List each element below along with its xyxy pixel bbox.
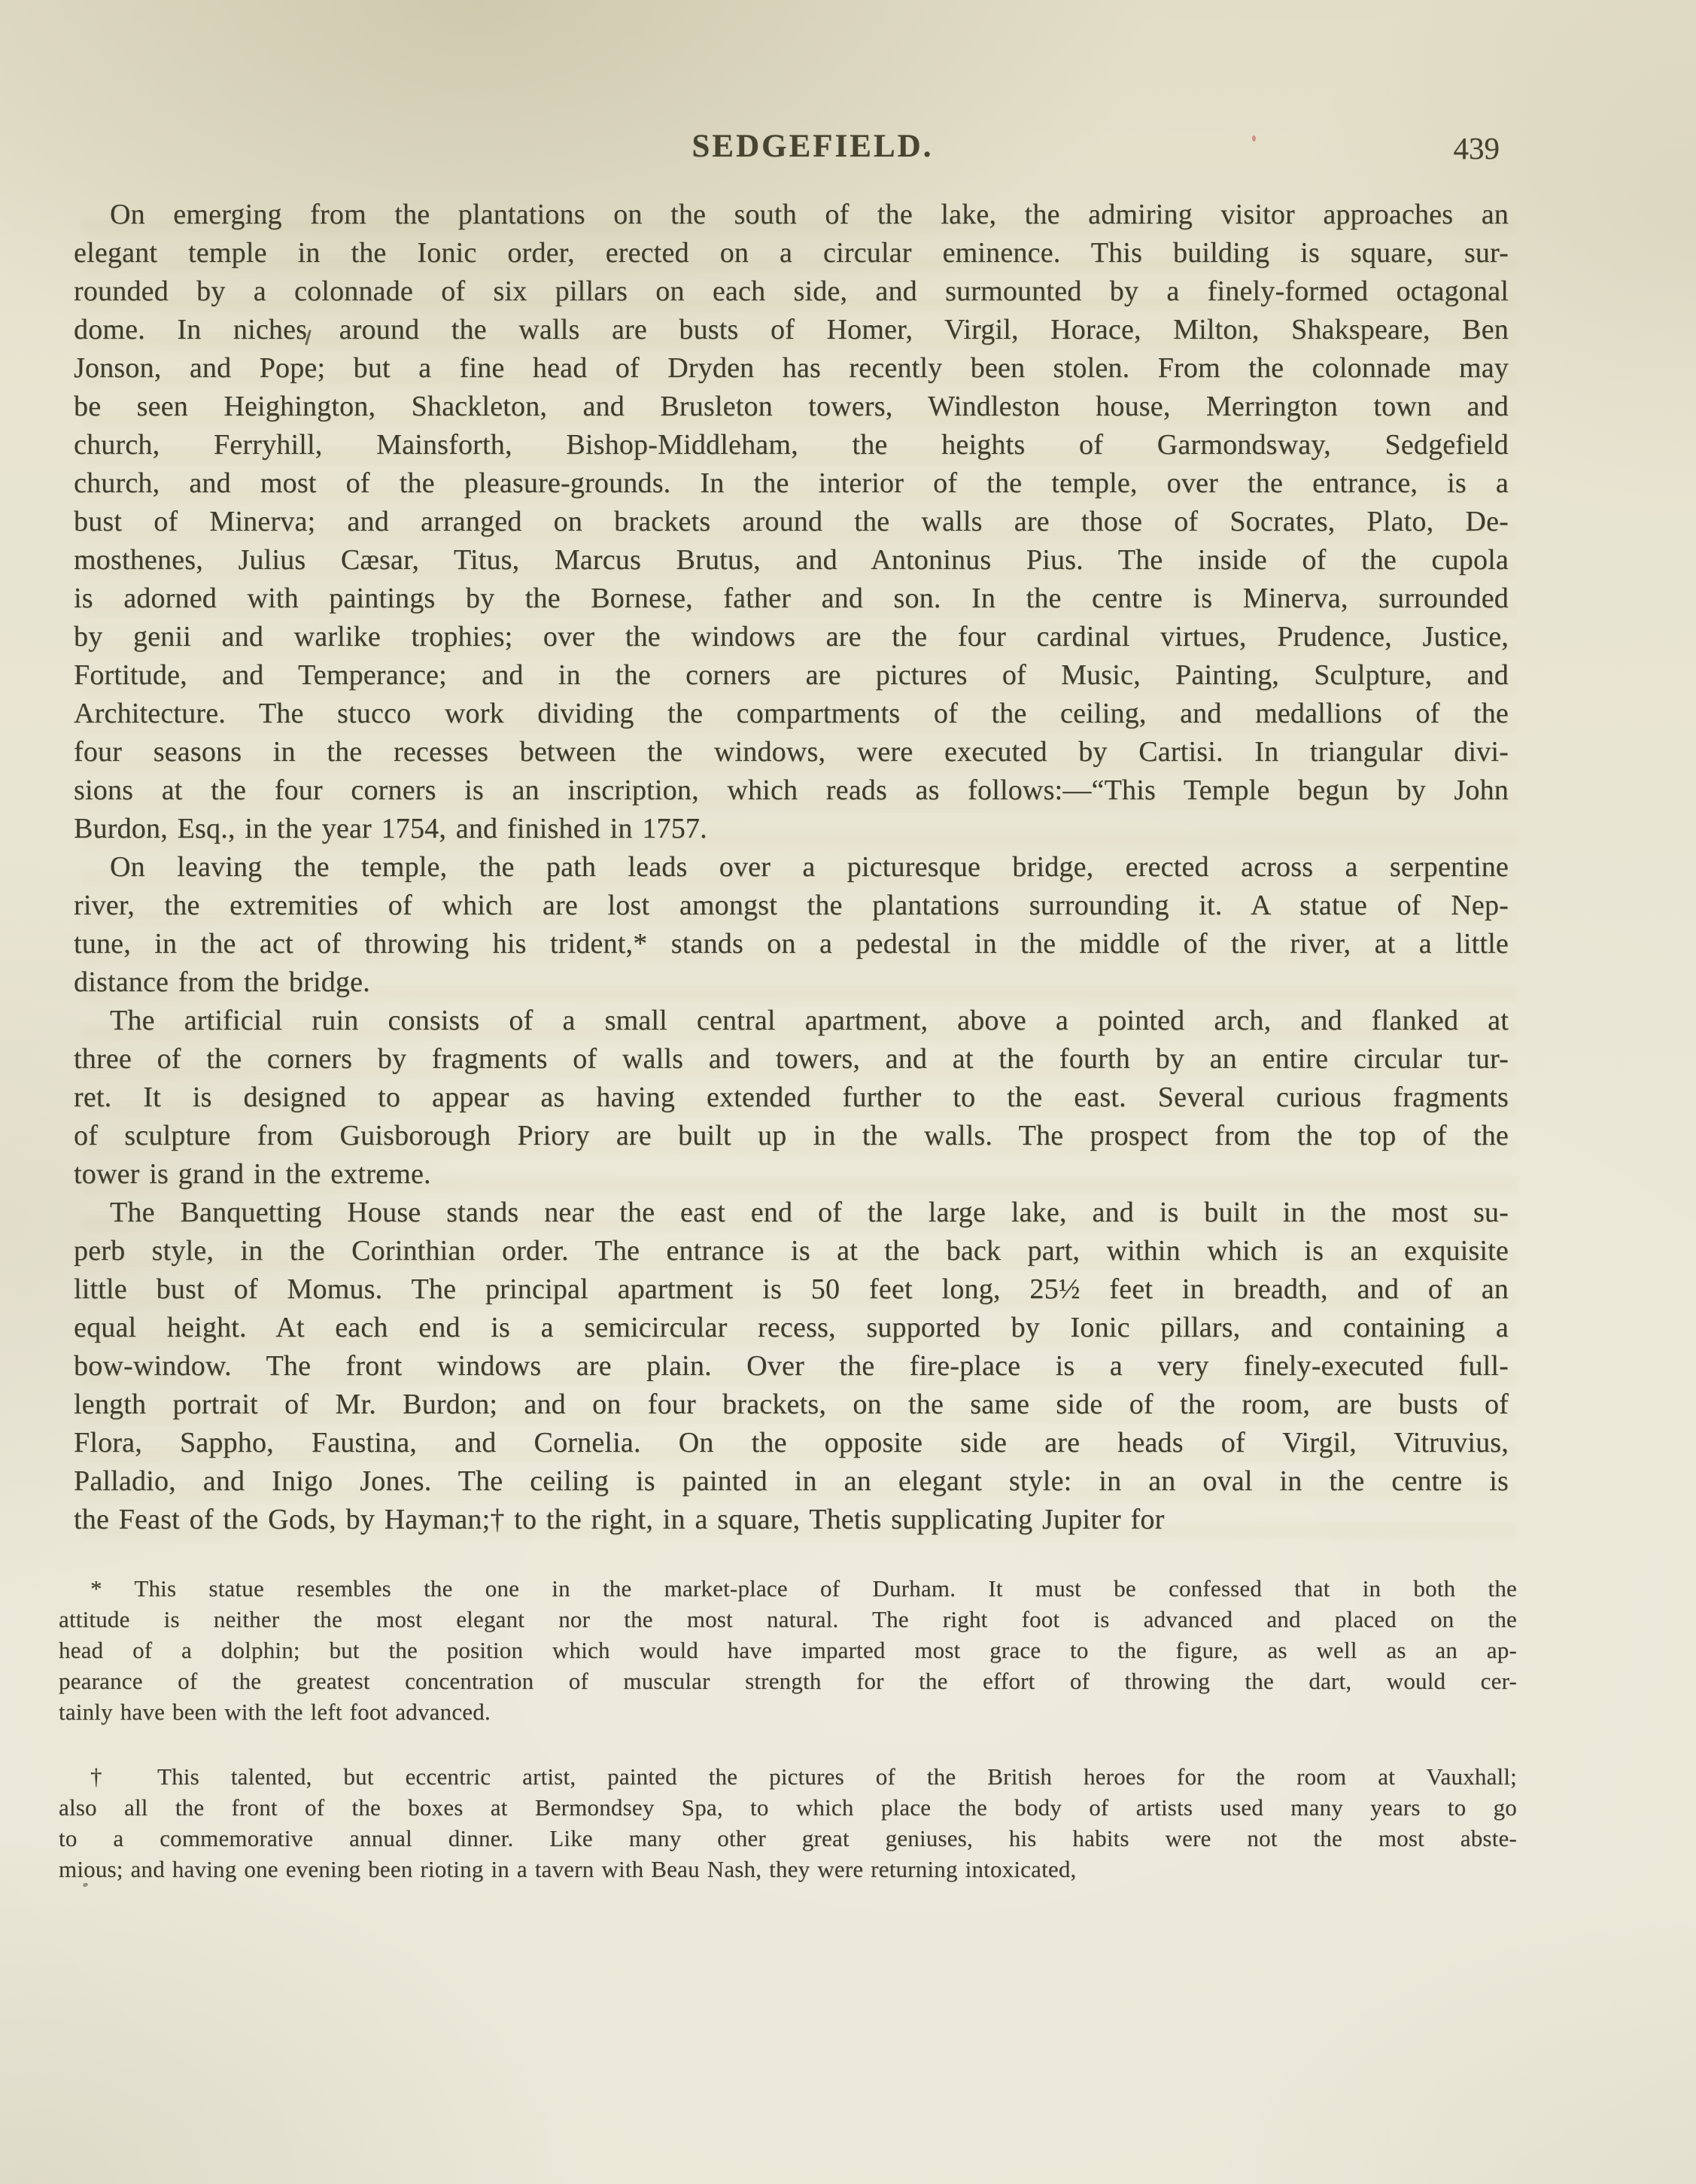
running-title: SEDGEFIELD. xyxy=(75,125,1509,169)
text-line: rounded by a colonnade of six pillars on… xyxy=(74,272,1509,311)
text-line: The Banquetting House stands near the ea… xyxy=(74,1194,1509,1232)
text-line: mosthenes, Julius Cæsar, Titus, Marcus B… xyxy=(74,541,1509,579)
text-line: The artificial ruin consists of a small … xyxy=(74,1002,1509,1040)
book-page: SEDGEFIELD. 439 On emerging from the pla… xyxy=(0,0,1696,2184)
page-header: SEDGEFIELD. 439 xyxy=(75,125,1509,169)
text-line: Fortitude, and Temperance; and in the co… xyxy=(74,656,1509,695)
text-line: little bust of Momus. The principal apar… xyxy=(74,1270,1509,1309)
text-line: also all the front of the boxes at Bermo… xyxy=(59,1792,1517,1823)
page-number: 439 xyxy=(1454,126,1500,170)
text-line: river, the extremities of which are lost… xyxy=(74,887,1509,925)
text-line: the Feast of the Gods, by Hayman;† to th… xyxy=(74,1501,1509,1539)
text-line: head of a dolphin; but the position whic… xyxy=(59,1635,1517,1665)
paragraph: The artificial ruin consists of a small … xyxy=(74,1002,1509,1194)
text-line: equal height. At each end is a semicircu… xyxy=(74,1309,1509,1347)
text-line: mious; and having one evening been rioti… xyxy=(59,1854,1517,1884)
text-line: to a commemorative annual dinner. Like m… xyxy=(59,1823,1517,1854)
text-line: attitude is neither the most elegant nor… xyxy=(59,1604,1517,1635)
red-speck xyxy=(1252,135,1256,141)
text-line: † This talented, but eccentric artist, p… xyxy=(59,1761,1517,1792)
footnotes: * This statue resembles the one in the m… xyxy=(59,1573,1517,1884)
text-line: tainly have been with the left foot adva… xyxy=(59,1696,1517,1727)
text-line: three of the corners by fragments of wal… xyxy=(74,1040,1509,1078)
text-line: is adorned with paintings by the Bornese… xyxy=(74,579,1509,618)
ink-speck xyxy=(82,1882,88,1887)
text-line: sions at the four corners is an inscript… xyxy=(74,771,1509,810)
text-line: bow-window. The front windows are plain.… xyxy=(74,1347,1509,1386)
text-line: * This statue resembles the one in the m… xyxy=(59,1573,1517,1604)
text-line: tune, in the act of throwing his trident… xyxy=(74,925,1509,963)
text-line: bust of Minerva; and arranged on bracket… xyxy=(74,503,1509,541)
text-line: by genii and warlike trophies; over the … xyxy=(74,618,1509,656)
text-line: pearance of the greatest concentration o… xyxy=(59,1665,1517,1696)
main-text: On emerging from the plantations on the … xyxy=(74,196,1509,1539)
text-line: Palladio, and Inigo Jones. The ceiling i… xyxy=(74,1462,1509,1501)
paragraph: † This talented, but eccentric artist, p… xyxy=(59,1761,1517,1884)
text-line: elegant temple in the Ionic order, erect… xyxy=(74,234,1509,272)
paragraph: On leaving the temple, the path leads ov… xyxy=(74,848,1509,1002)
paragraph: The Banquetting House stands near the ea… xyxy=(74,1194,1509,1539)
text-line: dome. In niches around the walls are bus… xyxy=(74,311,1509,349)
text-line: length portrait of Mr. Burdon; and on fo… xyxy=(74,1386,1509,1424)
text-line: Architecture. The stucco work dividing t… xyxy=(74,695,1509,733)
text-line: four seasons in the recesses between the… xyxy=(74,733,1509,771)
paragraph: On emerging from the plantations on the … xyxy=(74,196,1509,848)
text-line: of sculpture from Guisborough Priory are… xyxy=(74,1117,1509,1155)
text-line: On emerging from the plantations on the … xyxy=(74,196,1509,234)
text-line: church, Ferryhill, Mainsforth, Bishop-Mi… xyxy=(74,426,1509,464)
paragraph: * This statue resembles the one in the m… xyxy=(59,1573,1517,1727)
text-line: ret. It is designed to appear as having … xyxy=(74,1078,1509,1117)
text-line: Flora, Sappho, Faustina, and Cornelia. O… xyxy=(74,1424,1509,1462)
text-line: Jonson, and Pope; but a fine head of Dry… xyxy=(74,349,1509,388)
text-line: distance from the bridge. xyxy=(74,963,1509,1002)
text-line: church, and most of the pleasure-grounds… xyxy=(74,464,1509,503)
text-line: tower is grand in the extreme. xyxy=(74,1155,1509,1194)
text-line: perb style, in the Corinthian order. The… xyxy=(74,1232,1509,1270)
text-line: On leaving the temple, the path leads ov… xyxy=(74,848,1509,887)
text-line: be seen Heighington, Shackleton, and Bru… xyxy=(74,388,1509,426)
text-line: Burdon, Esq., in the year 1754, and fini… xyxy=(74,810,1509,848)
